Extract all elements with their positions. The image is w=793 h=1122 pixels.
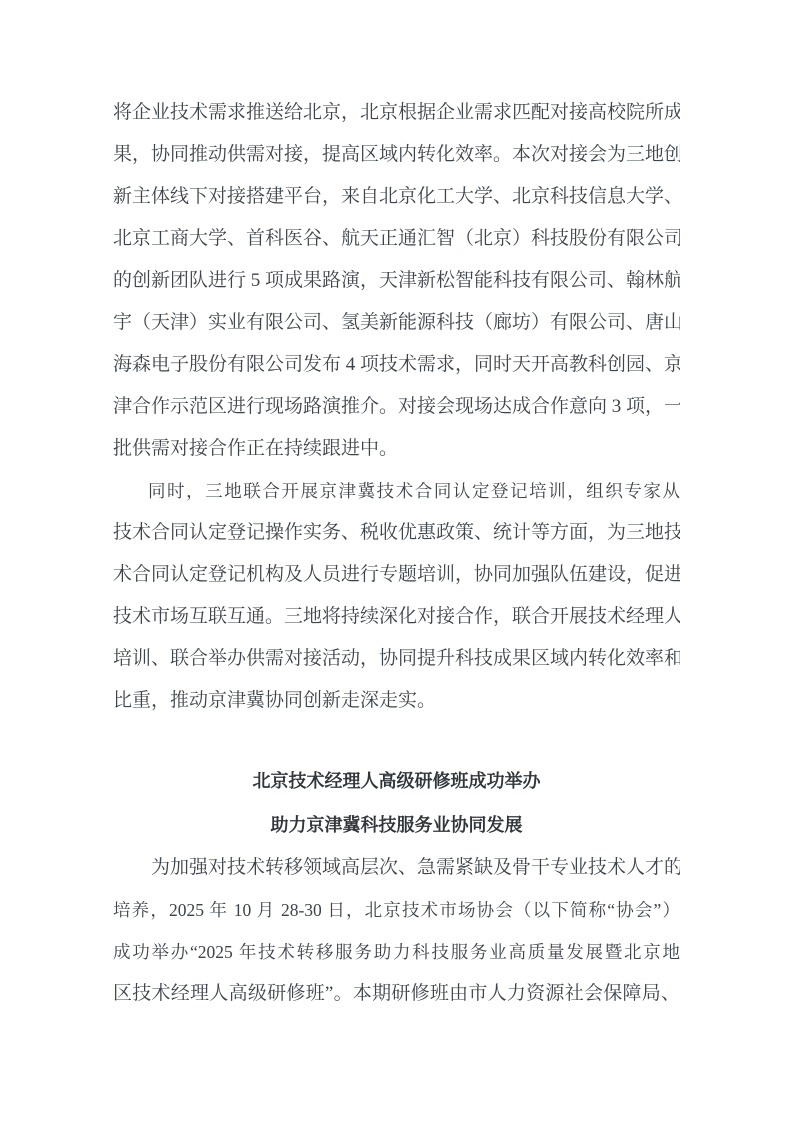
text-line: 技术合同认定登记操作实务、税收优惠政策、统计等方面，为三地技	[113, 512, 680, 554]
text-line: 为加强对技术转移领域高层次、急需紧缺及骨干专业技术人才的	[113, 847, 680, 889]
text-line: 的创新团队进行 5 项成果路演，天津新松智能科技有限公司、翰林航	[113, 260, 680, 302]
text-line: 技术市场互联互通。三地将持续深化对接合作，联合开展技术经理人	[113, 596, 680, 638]
text-line: 北京工商大学、首科医谷、航天正通汇智（北京）科技股份有限公司	[113, 218, 680, 260]
text-line: 果，协同推动供需对接，提高区域内转化效率。本次对接会为三地创	[113, 134, 680, 176]
article-title-line-2: 助力京津冀科技服务业协同发展	[113, 803, 680, 847]
paragraph-3: 为加强对技术转移领域高层次、急需紧缺及骨干专业技术人才的 培养，2025 年 1…	[113, 847, 680, 1015]
text-line: 新主体线下对接搭建平台，来自北京化工大学、北京科技信息大学、	[113, 176, 680, 218]
text-line: 培养，2025 年 10 月 28-30 日，北京技术市场协会（以下简称“协会”…	[113, 889, 680, 931]
text-line: 同时，三地联合开展京津冀技术合同认定登记培训，组织专家从	[113, 470, 680, 512]
text-line: 术合同认定登记机构及人员进行专题培训，协同加强队伍建设，促进	[113, 554, 680, 596]
text-line: 将企业技术需求推送给北京，北京根据企业需求匹配对接高校院所成	[113, 92, 680, 134]
text-line: 区技术经理人高级研修班”。本期研修班由市人力资源社会保障局、	[113, 973, 680, 1015]
article-title: 北京技术经理人高级研修班成功举办 助力京津冀科技服务业协同发展	[113, 759, 680, 847]
text-line: 宇（天津）实业有限公司、氢美新能源科技（廊坊）有限公司、唐山	[113, 302, 680, 344]
text-line: 批供需对接合作正在持续跟进中。	[113, 428, 680, 470]
paragraph-1: 将企业技术需求推送给北京，北京根据企业需求匹配对接高校院所成 果，协同推动供需对…	[113, 92, 680, 470]
text-line: 比重，推动京津冀协同创新走深走实。	[113, 680, 680, 722]
paragraph-2: 同时，三地联合开展京津冀技术合同认定登记培训，组织专家从 技术合同认定登记操作实…	[113, 470, 680, 722]
document-page: 将企业技术需求推送给北京，北京根据企业需求匹配对接高校院所成 果，协同推动供需对…	[0, 0, 793, 1122]
text-line: 成功举办“2025 年技术转移服务助力科技服务业高质量发展暨北京地	[113, 931, 680, 973]
text-line: 海森电子股份有限公司发布 4 项技术需求，同时天开高教科创园、京	[113, 344, 680, 386]
text-line: 培训、联合举办供需对接活动，协同提升科技成果区域内转化效率和	[113, 638, 680, 680]
article-title-line-1: 北京技术经理人高级研修班成功举办	[113, 759, 680, 803]
text-line: 津合作示范区进行现场路演推介。对接会现场达成合作意向 3 项，一	[113, 386, 680, 428]
